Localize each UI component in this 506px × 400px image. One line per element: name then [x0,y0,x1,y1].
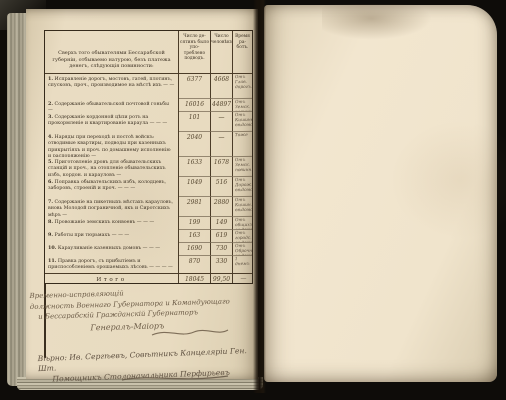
row-description: 2. Содержаніе обывательской почтовой гон… [45,99,179,112]
row-text: Содержаніе кордонной цѣпи ротъ на прокор… [48,115,167,126]
total-people-value: 99,50 [211,274,233,283]
row-text: Приготовленіе дровъ для обывательскихъ с… [48,160,166,177]
row-number: 10. [48,245,56,251]
row-description: 6. Поправка обывательскихъ избъ, колодце… [45,177,179,197]
row-margin-note: Отъ Земск. повинн. [233,99,252,112]
row-text: Содержаніе на пикетныхъ мѣстахъ караулов… [48,200,173,217]
table-row: 10. Карауливаніе казенныхъ домовъ — — —1… [45,243,252,256]
row-margin-note: Отъ городс. вѣдомства. [233,230,252,243]
row-text: Работы при тюрьмахъ — — — [55,233,130,238]
row-margin-note: Отъ Глав. дорогъ. [233,74,252,99]
column-caption-days: Число де- сятинъ было упо- треблено подв… [179,31,211,73]
row-people-value: 1678 [211,157,233,177]
row-text: Исправленіе дорогъ, мостовъ, гатей, плот… [48,77,174,88]
right-page-blank [264,5,497,382]
table-row: 7. Содержаніе на пикетныхъ мѣстахъ карау… [45,197,252,217]
row-description: 3. Содержаніе кордонной цѣпи ротъ на про… [45,112,179,132]
total-note: — [233,274,252,283]
row-number: 3. [48,114,53,120]
row-people-value: 330 [211,256,233,273]
book-gutter-shadow [253,0,266,393]
table-row: 2. Содержаніе обывательской почтовой гон… [45,99,252,112]
row-description: 11. Правка дорогъ, съ прибытіемъ и присп… [45,256,179,273]
row-description: 7. Содержаніе на пикетныхъ мѣстахъ карау… [45,197,179,217]
table-row: 11. Правка дорогъ, съ прибытіемъ и присп… [45,256,252,273]
row-description: 4. Наряды при переходѣ и постоѣ войскъ: … [45,132,179,157]
table-header-note: Сверхъ того обывателями Бессарабской губ… [49,50,174,70]
row-text: Провожаніе земскихъ конвоевъ — — — [55,220,155,225]
row-people-value: — [211,132,233,157]
row-people-value: 516 [211,177,233,197]
row-text: Правка дорогъ, съ прибытіемъ и приспособ… [48,259,173,270]
row-days-value: 1633 [179,157,211,177]
row-people-value: — [211,112,233,132]
row-days-value: 1049 [179,177,211,197]
row-description: 5. Приготовленіе дровъ для обывательских… [45,157,179,177]
table-row: 5. Приготовленіе дровъ для обывательских… [45,157,252,177]
row-number: 1. [48,76,53,82]
row-days-value: 2040 [179,132,211,157]
row-people-value: 4668 [211,74,233,99]
row-people-value: 2880 [211,197,233,217]
row-text: Наряды при переходѣ и постоѣ войскъ: отв… [48,135,171,157]
row-days-value: 6377 [179,74,211,99]
row-days-value: 870 [179,256,211,273]
column-caption-time: Время ра- ботъ. [233,31,252,73]
row-number: 9. [48,232,53,238]
row-description: 1. Исправленіе дорогъ, мостовъ, гатей, п… [45,74,179,99]
row-days-value: 2981 [179,197,211,217]
row-people-value: 149 [211,217,233,230]
row-margin-note: Отъ Дорож. вѣдомства. [233,177,252,197]
row-margin-note: 1 днемъ [233,256,252,273]
row-days-value: 199 [179,217,211,230]
scanned-book-spread: Сверхъ того обывателями Бессарабской губ… [0,0,506,400]
ledger-table: Сверхъ того обывателями Бессарабской губ… [44,30,253,284]
row-text: Карауливаніе казенныхъ домовъ — — — [58,246,160,251]
table-row: 6. Поправка обывательскихъ избъ, колодце… [45,177,252,197]
row-days-value: 16016 [179,99,211,112]
row-margin-note: Тоже [233,132,252,157]
table-rows: 1. Исправленіе дорогъ, мостовъ, гатей, п… [45,74,252,273]
row-number: 4. [48,134,53,140]
row-number: 11. [48,258,56,264]
row-people-value: 44897 [211,99,233,112]
total-label: Итого [45,274,179,283]
row-text: Содержаніе обывательской почтовой гоньбы… [48,102,169,112]
row-days-value: 101 [179,112,211,132]
row-description: 10. Карауливаніе казенныхъ домовъ — — — [45,243,179,256]
row-number: 5. [48,159,53,165]
row-number: 8. [48,219,53,225]
verification-underline-flourish [120,372,230,384]
row-days-value: 163 [179,230,211,243]
column-caption-people: Число человѣкъ. [211,31,233,73]
table-row: 8. Провожаніе земскихъ конвоевъ — — —199… [45,217,252,230]
row-margin-note: Отъ Кишин. вѣдомства. [233,197,252,217]
total-row: Итого 18045 99,50 — [45,273,252,283]
table-header-row: Сверхъ того обывателями Бессарабской губ… [45,31,252,74]
table-row: 1. Исправленіе дорогъ, мостовъ, гатей, п… [45,74,252,99]
row-description: 8. Провожаніе земскихъ конвоевъ — — — [45,217,179,230]
row-margin-note: Отъ общихъ вѣдомствъ. [233,217,252,230]
header-description-cell: Сверхъ того обывателями Бессарабской губ… [45,31,179,73]
page-edge-stack-left [7,13,28,386]
signature-flourish [150,326,230,340]
row-days-value: 1690 [179,243,211,256]
row-number: 2. [48,101,53,107]
table-row: 3. Содержаніе кордонной цѣпи ротъ на про… [45,112,252,132]
row-margin-note: Отъ Оброчн. вѣдомства. [233,243,252,256]
row-people-value: 619 [211,230,233,243]
table-row: 4. Наряды при переходѣ и постоѣ войскъ: … [45,132,252,157]
row-description: 9. Работы при тюрьмахъ — — — [45,230,179,243]
row-people-value: 730 [211,243,233,256]
row-margin-note: Отъ Кишинев. вѣдомства. [233,112,252,132]
total-days-value: 18045 [179,274,211,283]
row-number: 7. [48,199,53,205]
table-row: 9. Работы при тюрьмахъ — — —163619Отъ го… [45,230,252,243]
row-text: Поправка обывательскихъ избъ, колодцевъ,… [48,180,166,191]
row-number: 6. [48,179,53,185]
row-margin-note: Отъ Земск. повинн. [233,157,252,177]
